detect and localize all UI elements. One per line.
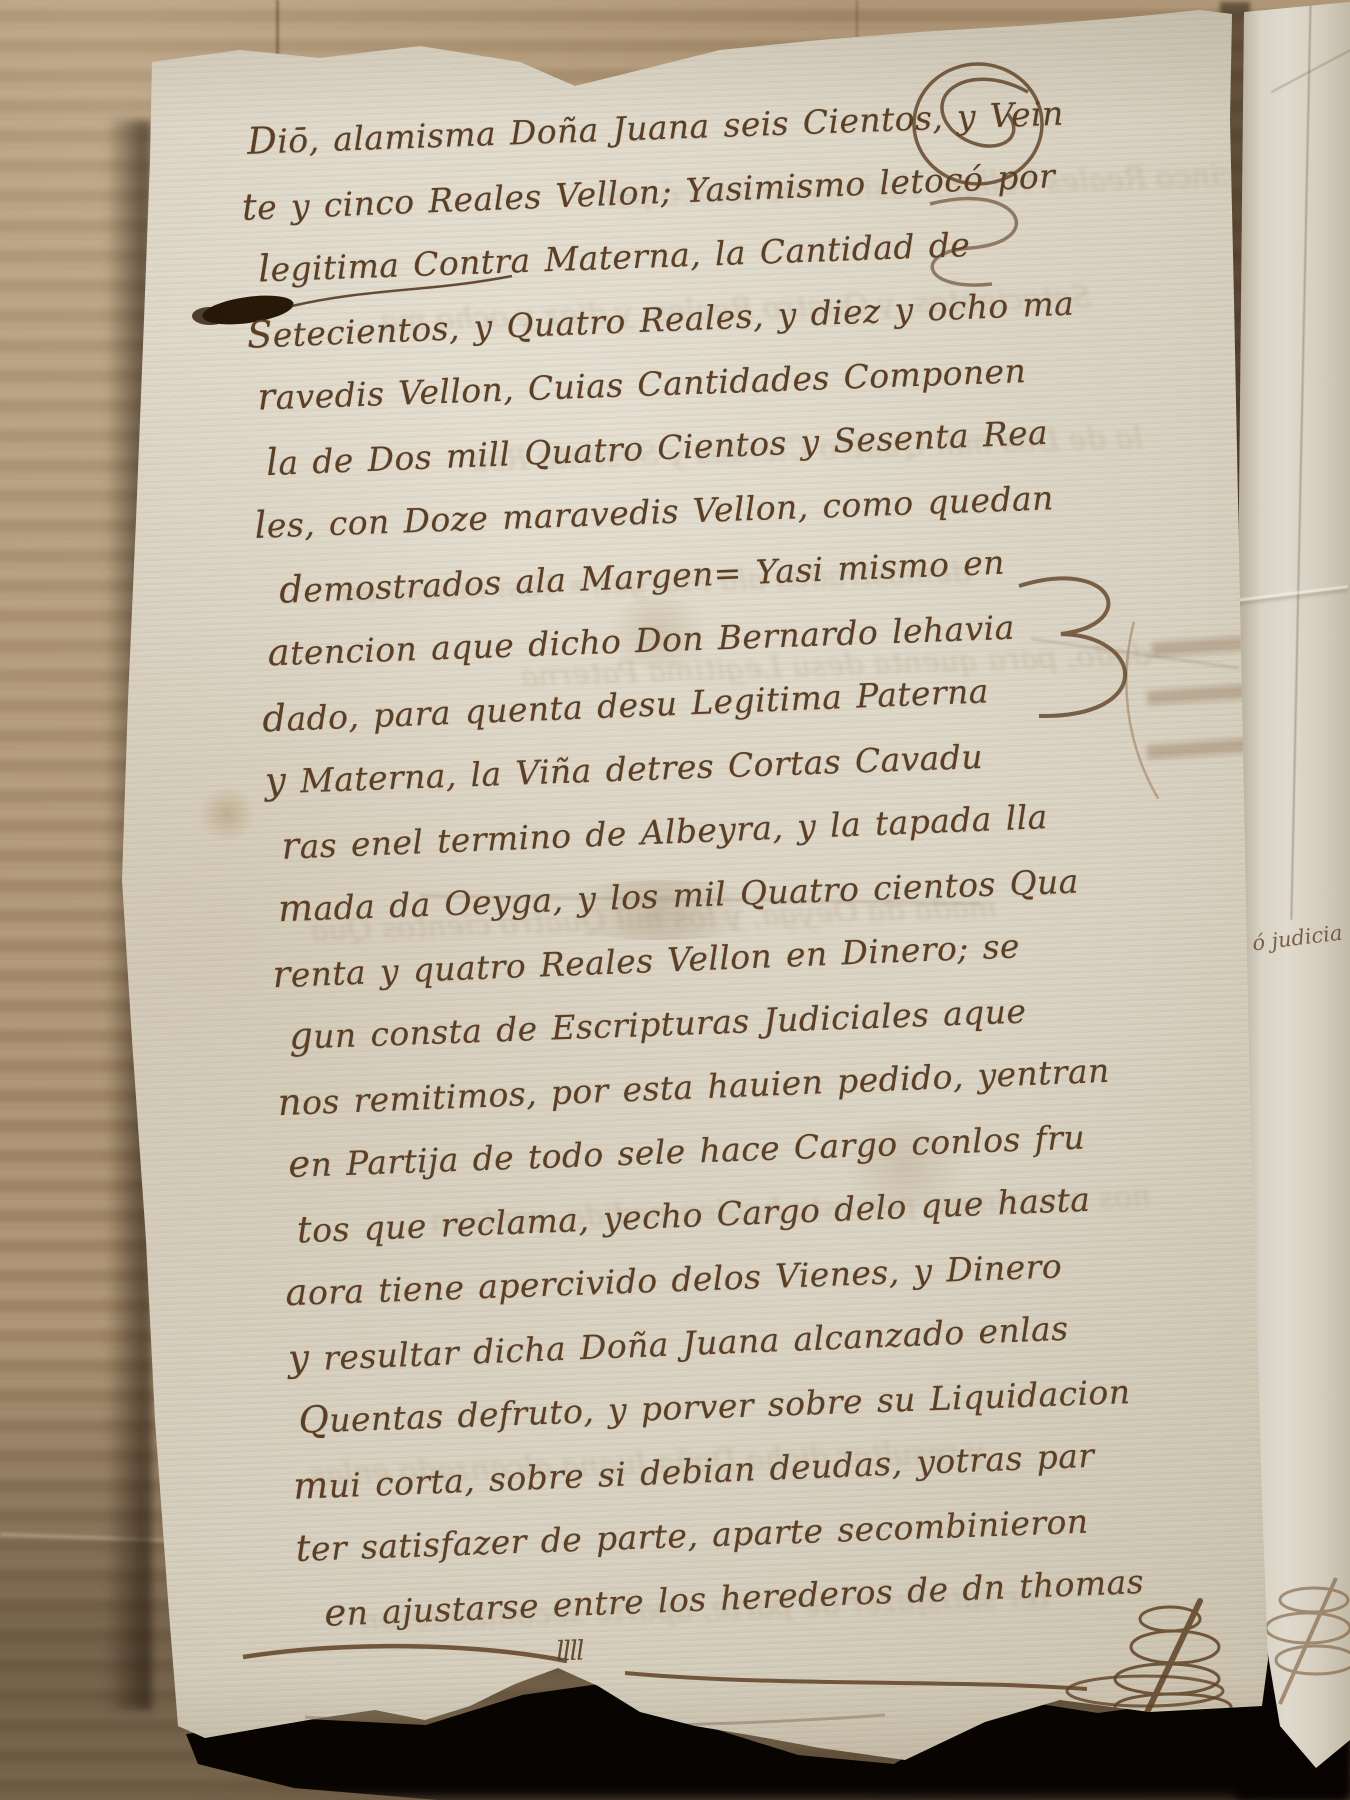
closing-line-mark: llll (555, 1636, 583, 1668)
side-sheet-text: ó judicia (1251, 921, 1344, 956)
manuscript-text-block: Diō, alamisma Doña Juana seis Cientos, y… (238, 78, 1139, 1646)
side-sheet-crease (1236, 585, 1348, 602)
manuscript-page: te y cinco Reales Vellon; Yasimismo leto… (0, 0, 1350, 1800)
side-sheet-fold-line (1290, 0, 1311, 920)
side-sheet-rubric (1262, 1572, 1350, 1712)
stain (196, 788, 258, 840)
photo-scene: ó judicia te y ci (0, 0, 1350, 1800)
right-margin-flourish (995, 560, 1145, 740)
top-right-flourish (900, 52, 1060, 312)
